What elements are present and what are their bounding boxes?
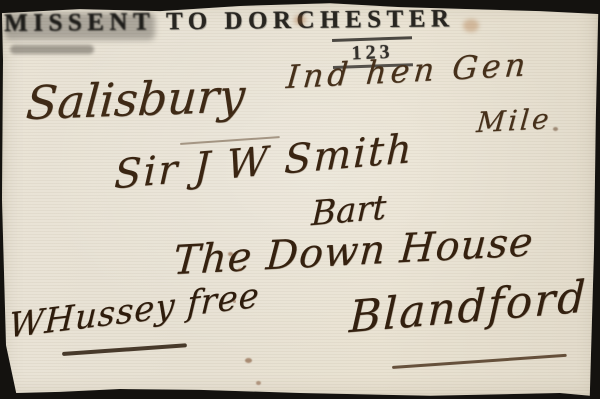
manuscript-address-town: Blandford (348, 271, 588, 343)
manuscript-docket-line1: Ind hen Gen (285, 45, 531, 96)
missent-handstamp-word1: MISSENT (4, 8, 166, 37)
photo-background: MISSENT TO DORCHESTER 123 Salisbury Ind … (0, 0, 600, 399)
ink-speck (233, 300, 236, 303)
manuscript-address-house: The Down House (172, 219, 535, 284)
ink-speck (238, 268, 242, 271)
missent-handstamp: MISSENT TO DORCHESTER (4, 5, 455, 38)
ink-speck (256, 381, 261, 385)
ink-speck (228, 252, 233, 256)
ink-speck (245, 358, 252, 363)
letter-front: MISSENT TO DORCHESTER 123 Salisbury Ind … (0, 0, 600, 399)
town-underline-flourish (392, 354, 567, 369)
ink-smear (10, 45, 94, 54)
manuscript-origin: Salisbury (24, 68, 247, 130)
ink-speck (553, 127, 558, 131)
foxing-stain (294, 15, 306, 25)
manuscript-docket-line2: Mile (475, 102, 553, 139)
frank-signature: WHussey free (8, 275, 261, 346)
missent-handstamp-rest: TO DORCHESTER (166, 5, 455, 35)
signature-underline (62, 343, 187, 356)
foxing-stain (463, 19, 479, 32)
